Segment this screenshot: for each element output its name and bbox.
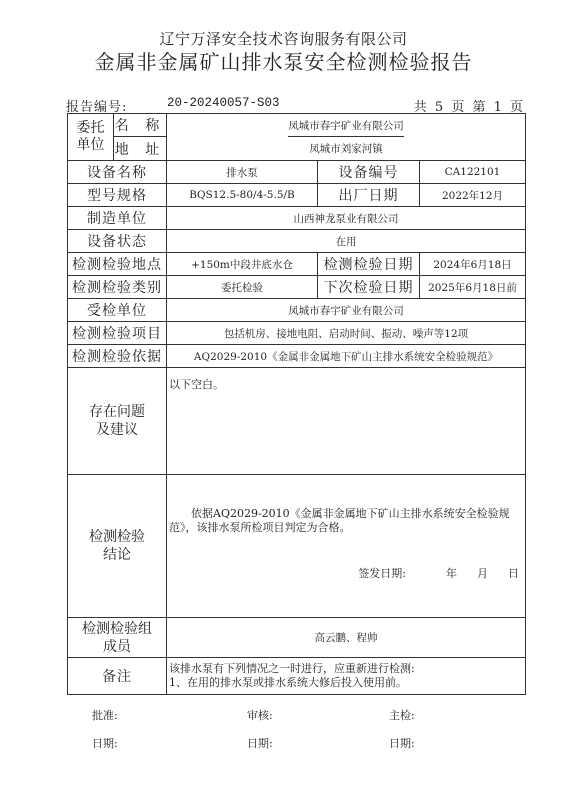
issues-text: 以下空白。 [167,368,525,474]
inspected-unit-value: 凤城市春宇矿业有限公司 [167,299,525,321]
client-values: 凤城市春宇矿业有限公司 凤城市刘家河镇 [167,114,525,160]
items-label: 检测检验项目 [68,322,167,344]
report-table: 委托 单位 名 称 地 址 凤城市春宇矿业有限公司 凤城市刘家河镇 设备名称 排… [67,113,526,695]
client-address-label: 地 址 [114,137,166,160]
members-label: 检测检验组 成员 [68,618,167,657]
manufacturer-row: 制造单位 山西神龙泵业有限公司 [68,207,525,230]
manufacturer-label: 制造单位 [68,207,167,229]
review-date-label: 日期: [247,735,273,751]
issue-date: 签发日期: 年 月 日 [358,565,519,581]
items-value: 包括机房、接地电阻、启动时间、振动、噪声等12项 [167,322,525,344]
status-label: 设备状态 [68,230,167,252]
category-row: 检测检验类别 委托检验 下次检验日期 2025年6月18日前 [68,276,525,299]
conclusion-label-line1: 检测检验 [89,528,145,546]
approve-label: 批准: [92,707,118,723]
review-label: 审核: [247,707,273,723]
equipment-name-value: 排水泵 [167,161,318,183]
factory-date-label: 出厂日期 [318,184,420,206]
remarks-line2: 1、在用的排水泵或排水系统大修后投入使用前。 [169,676,407,690]
client-label-line1: 委托 [77,120,105,137]
chief-date-label: 日期: [389,735,415,751]
next-date-value: 2025年6月18日前 [420,276,525,298]
model-row: 型号规格 BQS12.5-80/4-5.5/B 出厂日期 2022年12月 [68,184,525,207]
category-value: 委托检验 [167,276,318,298]
issue-date-label: 签发日期: [358,565,406,581]
basis-value: AQ2029-2010《金属非金属地下矿山主排水系统安全检验规范》 [167,345,525,367]
remarks-row: 备注 该排水泵有下列情况之一时进行，应重新进行检测: 1、在用的排水泵或排水系统… [68,658,525,694]
chief-inspector-label: 主检: [389,707,415,723]
client-name-label: 名 称 [114,114,166,137]
issue-year: 年 [446,565,457,581]
manufacturer-value: 山西神龙泵业有限公司 [167,207,525,229]
issues-row: 存在问题 及建议 以下空白。 [68,368,525,475]
members-row: 检测检验组 成员 高云鹏、程帅 [68,618,525,658]
conclusion-row: 检测检验 结论 依据AQ2029-2010《金属非金属地下矿山主排水系统安全检验… [68,475,525,618]
equipment-name-label: 设备名称 [68,161,167,183]
issues-label: 存在问题 及建议 [68,368,167,474]
inspected-unit-label: 受检单位 [68,299,167,321]
remarks-label: 备注 [68,658,167,694]
inspected-unit-row: 受检单位 凤城市春宇矿业有限公司 [68,299,525,322]
conclusion-body: 依据AQ2029-2010《金属非金属地下矿山主排水系统安全检验规范》，该排水泵… [167,475,525,617]
client-label-line2: 单位 [77,137,105,154]
client-label: 委托 单位 [68,114,114,160]
items-row: 检测检验项目 包括机房、接地电阻、启动时间、振动、噪声等12项 [68,322,525,345]
client-address-value: 凤城市刘家河镇 [309,137,383,160]
basis-label: 检测检验依据 [68,345,167,367]
equipment-no-value: CA122101 [420,161,525,183]
issues-label-line2: 及建议 [96,421,138,439]
status-value: 在用 [167,230,525,252]
inspection-date-label: 检测检验日期 [318,253,420,275]
basis-row: 检测检验依据 AQ2029-2010《金属非金属地下矿山主排水系统安全检验规范》 [68,345,525,368]
equipment-name-row: 设备名称 排水泵 设备编号 CA122101 [68,161,525,184]
conclusion-label-line2: 结论 [103,546,131,564]
remarks-text: 该排水泵有下列情况之一时进行，应重新进行检测: 1、在用的排水泵或排水系统大修后… [167,658,525,694]
next-date-label: 下次检验日期 [318,276,420,298]
client-row: 委托 单位 名 称 地 址 凤城市春宇矿业有限公司 凤城市刘家河镇 [68,114,525,161]
members-label-line2: 成员 [103,638,131,656]
status-row: 设备状态 在用 [68,230,525,253]
conclusion-label: 检测检验 结论 [68,475,167,617]
model-label: 型号规格 [68,184,167,206]
issue-month: 月 [477,565,488,581]
inspection-date-value: 2024年6月18日 [420,253,525,275]
location-row: 检测检验地点 +150m中段井底水仓 检测检验日期 2024年6月18日 [68,253,525,276]
remarks-line1: 该排水泵有下列情况之一时进行，应重新进行检测: [169,662,415,676]
members-value: 高云鹏、程帅 [167,618,525,657]
report-no-value: 20-20240057-S03 [167,96,280,110]
issues-label-line1: 存在问题 [89,403,145,421]
report-title: 金属非金属矿山排水泵安全检测检验报告 [0,46,567,75]
location-label: 检测检验地点 [68,253,167,275]
client-name-value: 凤城市春宇矿业有限公司 [288,114,404,137]
location-value: +150m中段井底水仓 [167,253,318,275]
client-sub-labels: 名 称 地 址 [114,114,167,160]
issue-day: 日 [508,565,519,581]
model-value: BQS12.5-80/4-5.5/B [167,184,318,206]
category-label: 检测检验类别 [68,276,167,298]
approve-date-label: 日期: [92,735,118,751]
members-label-line1: 检测检验组 [82,620,152,638]
conclusion-text: 依据AQ2029-2010《金属非金属地下矿山主排水系统安全检验规范》，该排水泵… [169,507,521,535]
equipment-no-label: 设备编号 [318,161,420,183]
factory-date-value: 2022年12月 [420,184,525,206]
